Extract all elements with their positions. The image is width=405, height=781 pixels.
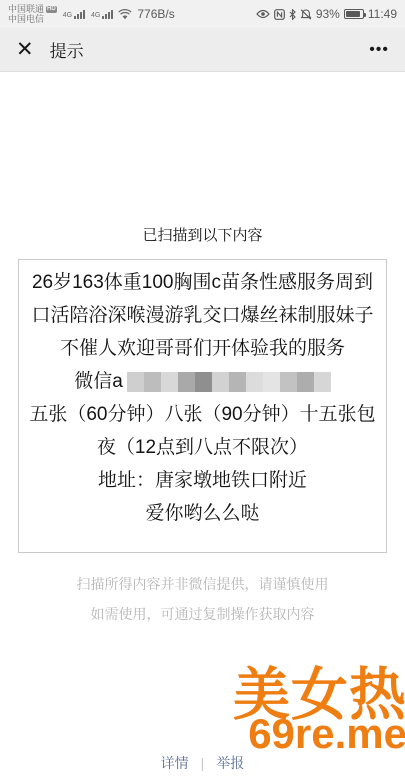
nfc-icon xyxy=(274,9,285,20)
signal-bars-icon xyxy=(74,10,85,19)
signal-bars-icon xyxy=(102,10,113,19)
battery-percent: 93% xyxy=(316,7,340,21)
wechat-prefix: 微信a xyxy=(74,365,123,398)
network-speed: 776B/s xyxy=(137,7,174,21)
scanned-text-line: 地址：唐家墩地铁口附近 xyxy=(29,464,376,497)
scanned-text-line: 五张（60分钟）八张（90分钟）十五张包夜（12点到八点不限次） xyxy=(29,404,375,458)
disclaimer-line: 如需使用，可通过复制操作获取内容 xyxy=(0,599,405,629)
signal-icon-sim1: 4G xyxy=(63,10,85,19)
status-bar: 中国联通 HD 中国电信 4G 4G 776B/s xyxy=(0,0,405,28)
mute-icon xyxy=(300,9,312,20)
status-time: 11:49 xyxy=(368,7,397,21)
watermark-url: 69re.me xyxy=(233,715,405,753)
footer-links: 详情 | 举报 xyxy=(0,753,405,773)
more-options-icon[interactable]: ••• xyxy=(369,41,389,59)
scanned-text-line: 26岁163体重100胸围c苗条性感服务周到 xyxy=(32,272,373,293)
battery-icon xyxy=(344,9,364,19)
details-link[interactable]: 详情 xyxy=(161,753,189,773)
watermark: 美女热 69re.me xyxy=(233,670,405,753)
watermark-text: 美女热 xyxy=(233,670,405,721)
censored-mosaic xyxy=(127,372,331,392)
nav-bar: ✕ 提示 ••• xyxy=(0,28,405,72)
disclaimer-line: 扫描所得内容并非微信提供，请谨慎使用 xyxy=(0,569,405,599)
footer-separator: | xyxy=(201,755,205,771)
carrier-primary: 中国联通 xyxy=(8,4,44,14)
page-title: 提示 xyxy=(50,37,84,62)
carrier-secondary: 中国电信 xyxy=(8,14,57,24)
scanned-content-box: 26岁163体重100胸围c苗条性感服务周到口活陪浴深喉漫游乳交口爆丝袜制服妹子… xyxy=(18,259,387,553)
hd-badge: HD xyxy=(46,6,57,13)
report-link[interactable]: 举报 xyxy=(216,753,244,773)
eye-protection-icon xyxy=(256,9,270,19)
carrier-labels: 中国联通 HD 中国电信 xyxy=(8,4,57,24)
wifi-icon xyxy=(118,9,132,20)
phone-screen: 中国联通 HD 中国电信 4G 4G 776B/s xyxy=(0,0,405,781)
scanned-text-line: 爱你哟么么哒 xyxy=(29,497,376,530)
bluetooth-icon xyxy=(289,9,296,20)
status-bar-right: 93% 11:49 xyxy=(256,7,397,21)
close-icon[interactable]: ✕ xyxy=(16,39,34,60)
signal-icon-sim2: 4G xyxy=(91,10,113,19)
wechat-id-line: 微信a xyxy=(29,365,376,398)
disclaimer: 扫描所得内容并非微信提供，请谨慎使用 如需使用，可通过复制操作获取内容 xyxy=(0,569,405,629)
scanned-text-line: 口活陪浴深喉漫游乳交口爆丝袜制服妹子不催人欢迎哥哥们开体验我的服务 xyxy=(31,305,373,359)
scan-result-heading: 已扫描到以下内容 xyxy=(0,224,405,245)
